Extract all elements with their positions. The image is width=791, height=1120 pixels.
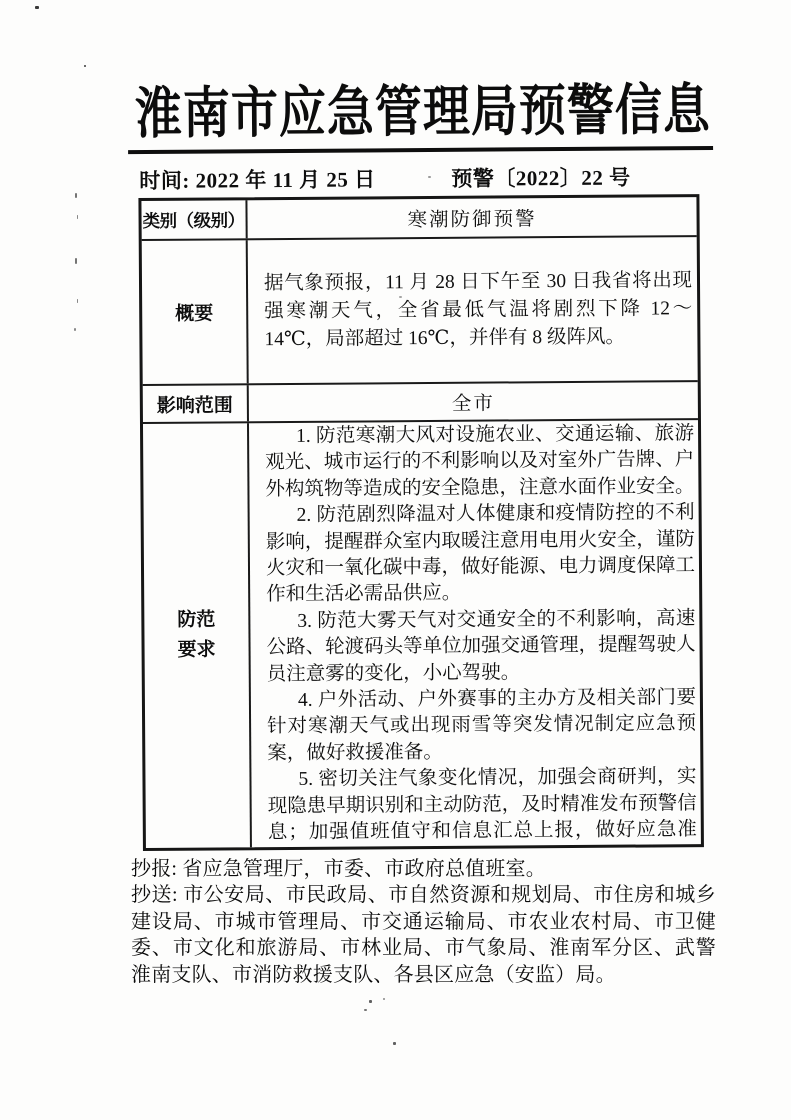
requirement-item-1: 1. 防范寒潮大风对设施农业、交通运输、旅游观光、城市运行的不利影响以及对室外广… bbox=[265, 421, 695, 503]
copy-report-line: 抄报: 省应急管理厅，市委、市政府总值班室。 bbox=[131, 856, 716, 882]
issue-date: 时间: 2022 年 11 月 25 日 bbox=[139, 163, 376, 195]
requirement-item-4: 4. 户外活动、户外赛事的主办方及相关部门要针对寒潮天气或出现雨雪等突发情况制定… bbox=[267, 685, 697, 767]
scan-speck bbox=[75, 193, 77, 198]
row-label-summary: 概要 bbox=[142, 240, 249, 384]
warning-info-table: 类别（级别） 寒潮防御预警 概要 据气象预报，11 月 28 日下午至 30 日… bbox=[138, 194, 704, 851]
table-row-summary: 概要 据气象预报，11 月 28 日下午至 30 日我省将出现强寒潮天气，全省最… bbox=[142, 237, 698, 386]
copy-send-paragraph: 抄送: 市公安局、市民政局、市自然资源和规划局、市住房和城乡建设局、市城市管理局… bbox=[131, 882, 716, 988]
scope-value: 全市 bbox=[249, 382, 698, 421]
scan-speck bbox=[77, 215, 78, 219]
scan-speck bbox=[428, 176, 431, 178]
distribution-footer: 抄报: 省应急管理厅，市委、市政府总值班室。 抄送: 市公安局、市民政局、市自然… bbox=[131, 856, 716, 988]
scan-speck bbox=[364, 1009, 367, 1011]
scan-speck bbox=[74, 328, 76, 331]
requirements-cell: 1. 防范寒潮大风对设施农业、交通运输、旅游观光、城市运行的不利影响以及对室外广… bbox=[249, 420, 701, 847]
row-label-requirements: 防范要求 bbox=[143, 423, 252, 848]
scan-speck bbox=[383, 998, 385, 1000]
scan-speck bbox=[84, 65, 86, 67]
row-label-category-text: 类别（级别） bbox=[142, 207, 244, 233]
scan-speck bbox=[369, 1000, 372, 1003]
scan-speck bbox=[75, 258, 77, 264]
requirement-item-5: 5. 密切关注气象变化情况，加强会商研判，实现隐患早期识别和主动防范，及时精准发… bbox=[267, 764, 697, 847]
summary-paragraph: 据气象预报，11 月 28 日下午至 30 日我省将出现强寒潮天气，全省最低气温… bbox=[264, 267, 693, 354]
table-row-category: 类别（级别） 寒潮防御预警 bbox=[141, 197, 696, 241]
category-value: 寒潮防御预警 bbox=[247, 197, 696, 238]
document-number: 预警〔2022〕22 号 bbox=[451, 162, 630, 193]
table-row-scope: 影响范围 全市 bbox=[143, 382, 698, 424]
table-row-requirements: 防范要求 1. 防范寒潮大风对设施农业、交通运输、旅游观光、城市运行的不利影响以… bbox=[143, 420, 701, 848]
row-label-category: 类别（级别） bbox=[141, 200, 247, 239]
requirement-item-3: 3. 防范大雾天气对交通安全的不利影响，高速公路、轮渡码头等单位加强交通管理，提… bbox=[266, 606, 696, 688]
row-label-requirements-text: 防范要求 bbox=[174, 605, 218, 665]
scanned-document-page: 淮南市应急管理局预警信息 时间: 2022 年 11 月 25 日 预警〔202… bbox=[0, 0, 791, 1120]
summary-cell: 据气象预报，11 月 28 日下午至 30 日我省将出现强寒潮天气，全省最低气温… bbox=[248, 237, 698, 383]
scan-speck bbox=[393, 1042, 396, 1045]
requirement-item-2: 2. 防范剧烈降温对人体健康和疫情防控的不利影响，提醒群众室内取暖注意用电用火安… bbox=[266, 500, 696, 609]
row-label-scope: 影响范围 bbox=[143, 385, 249, 422]
scan-speck bbox=[77, 299, 78, 303]
scan-speck bbox=[399, 296, 402, 298]
scan-speck bbox=[35, 6, 39, 9]
